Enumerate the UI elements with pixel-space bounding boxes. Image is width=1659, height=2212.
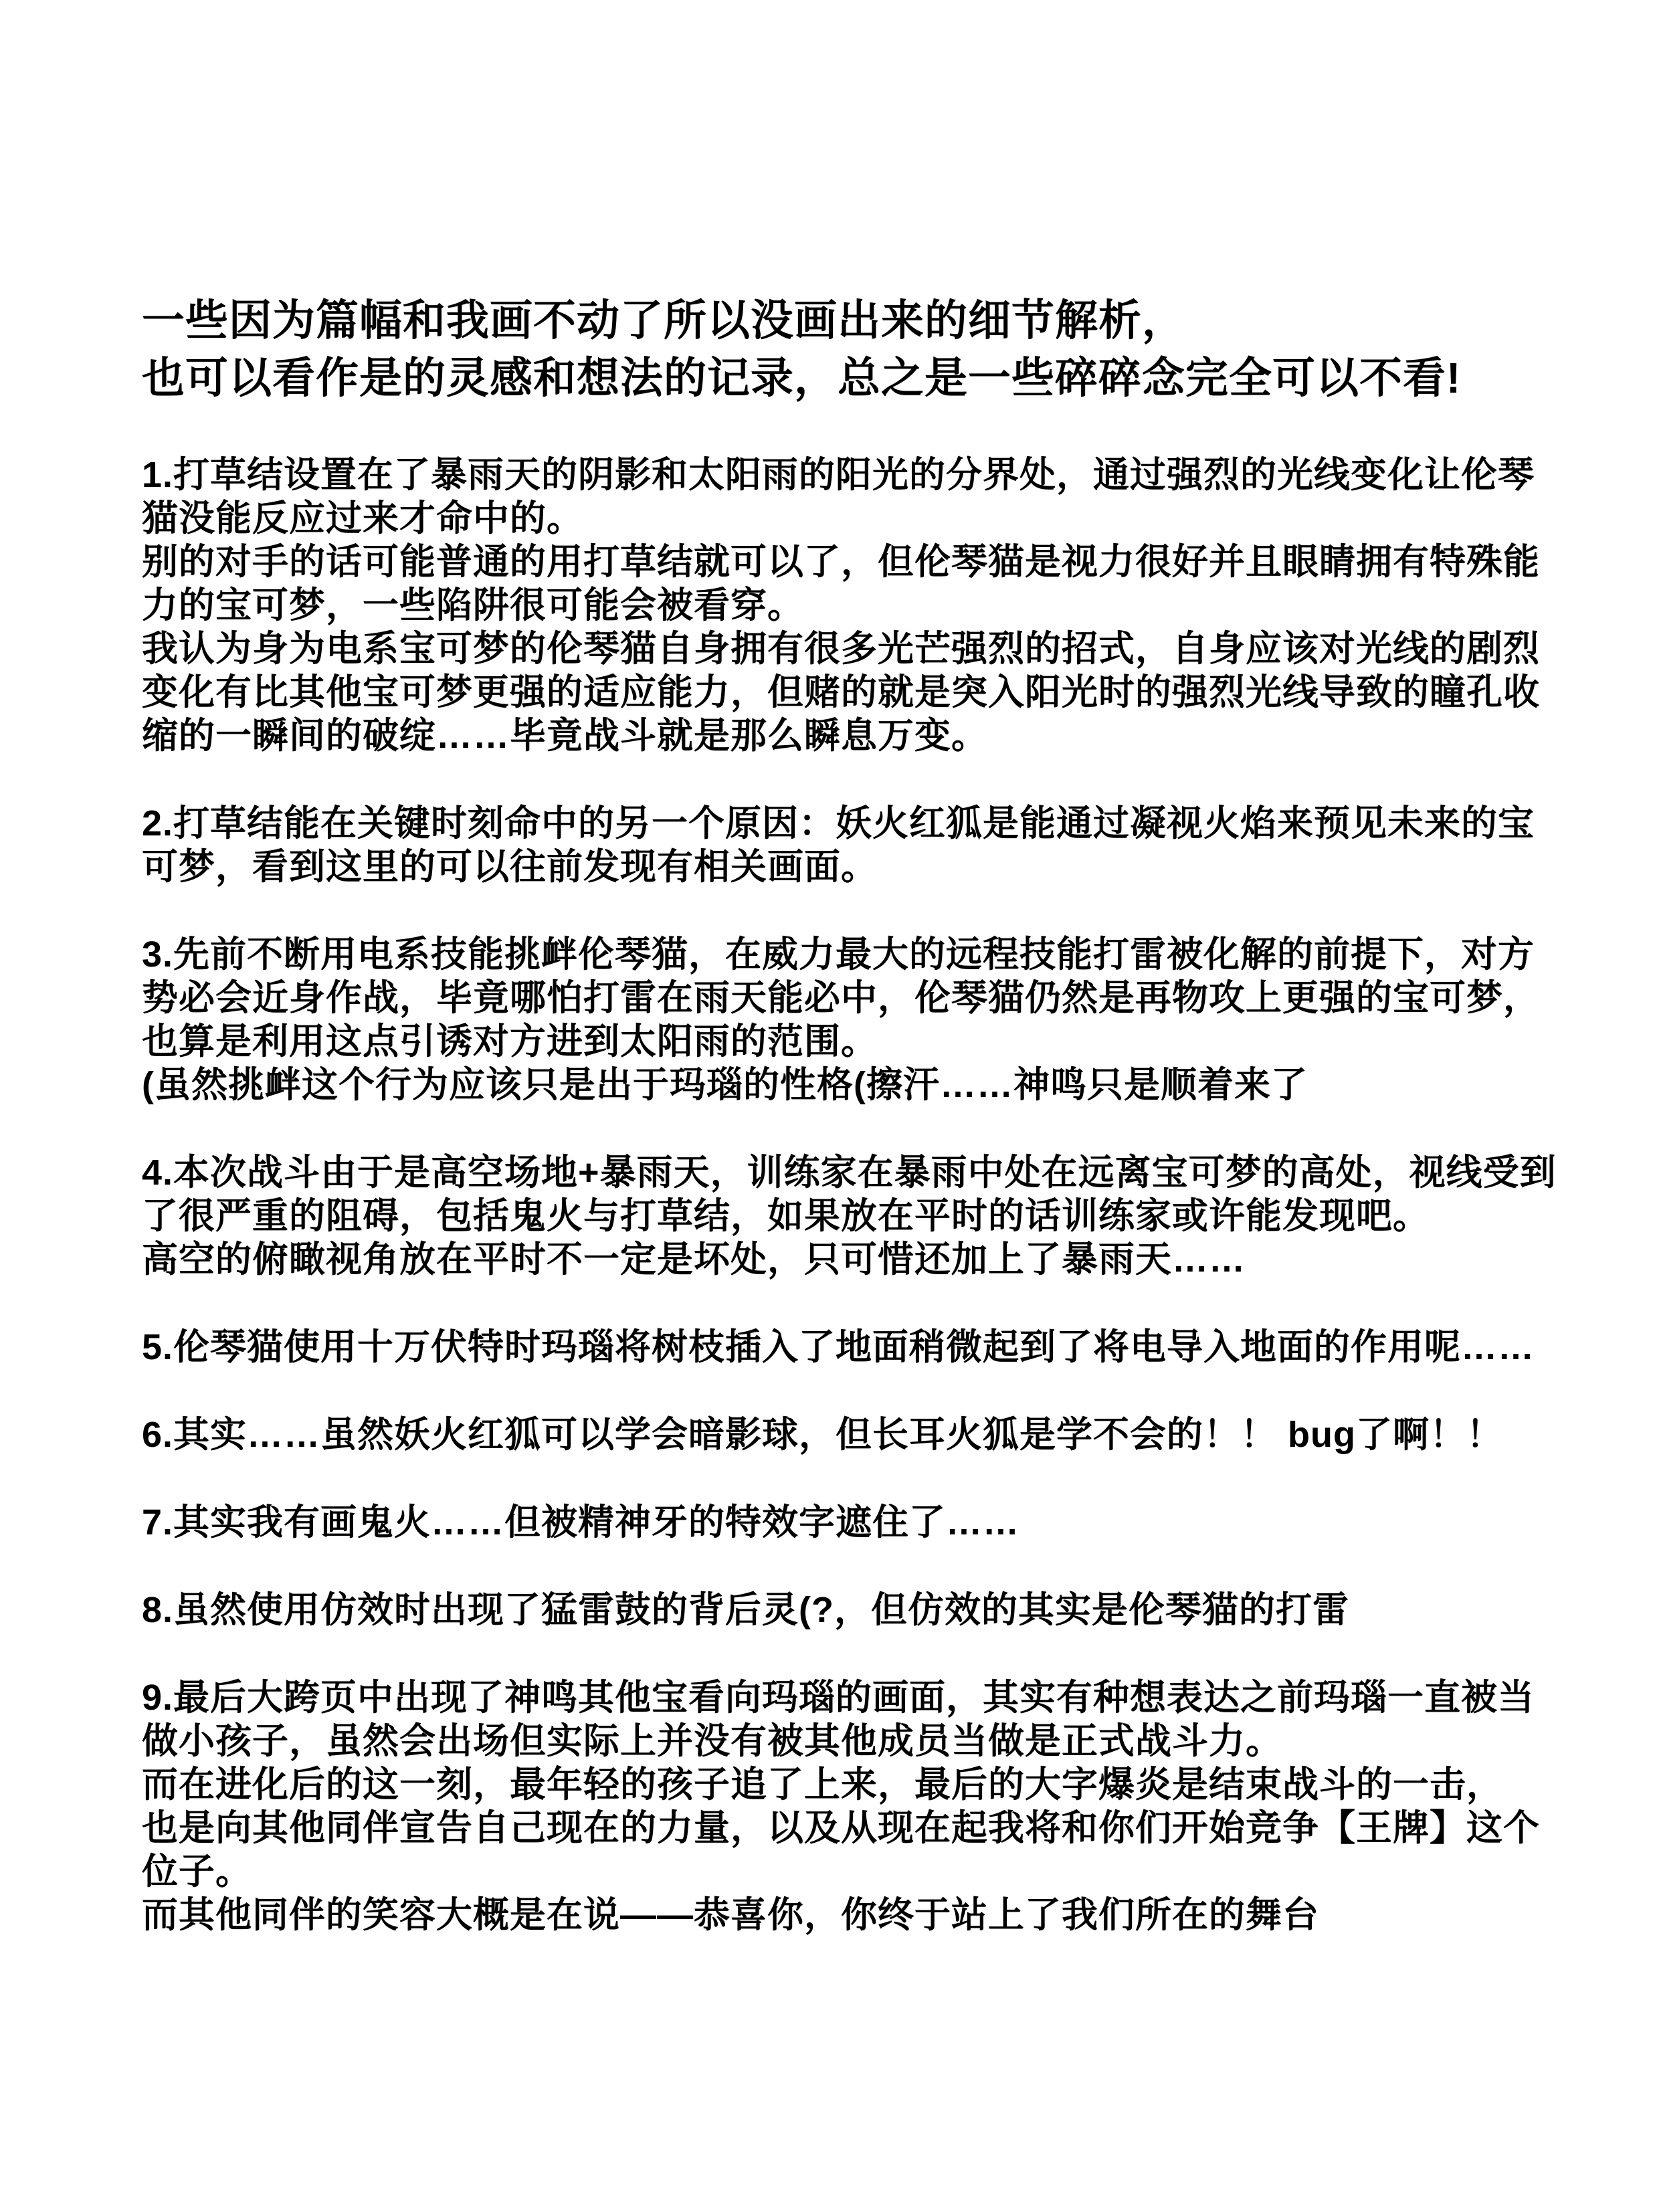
note-line: 力的宝可梦，一些陷阱很可能会被看穿。 [142, 584, 1579, 627]
note-line: 而其他同伴的笑容大概是在说——恭喜你，你终于站上了我们所在的舞台 [142, 1894, 1579, 1937]
title-line: 一些因为篇幅和我画不动了所以没画出来的细节解析， [142, 292, 1579, 349]
note-line: 了很严重的阻碍，包括鬼火与打草结，如果放在平时的话训练家或许能发现吧。 [142, 1195, 1579, 1238]
note-paragraph-9: 9.最后大跨页中出现了神鸣其他宝看向玛瑙的画面，其实有种想表达之前玛瑙一直被当 … [142, 1676, 1579, 1937]
notes-title: 一些因为篇幅和我画不动了所以没画出来的细节解析， 也可以看作是的灵感和想法的记录… [142, 292, 1579, 407]
note-line: 而在进化后的这一刻，最年轻的孩子追了上来，最后的大字爆炎是结束战斗的一击， [142, 1763, 1579, 1807]
note-line: 做小孩子，虽然会出场但实际上并没有被其他成员当做是正式战斗力。 [142, 1720, 1579, 1763]
note-line: 位子。 [142, 1850, 1579, 1894]
note-line: 7.其实我有画鬼火……但被精神牙的特效字遮住了…… [142, 1501, 1579, 1544]
note-paragraph-3: 3.先前不断用电系技能挑衅伦琴猫，在威力最大的远程技能打雷被化解的前提下，对方 … [142, 933, 1579, 1107]
page: 一些因为篇幅和我画不动了所以没画出来的细节解析， 也可以看作是的灵感和想法的记录… [0, 0, 1659, 2212]
note-paragraph-7: 7.其实我有画鬼火……但被精神牙的特效字遮住了…… [142, 1501, 1579, 1544]
note-line: 猫没能反应过来才命中的。 [142, 497, 1579, 540]
note-paragraph-8: 8.虽然使用仿效时出现了猛雷鼓的背后灵(?，但仿效的其实是伦琴猫的打雷 [142, 1589, 1579, 1632]
note-line: 6.其实……虽然妖火红狐可以学会暗影球，但长耳火狐是学不会的！！ bug了啊！！ [142, 1413, 1579, 1457]
note-line: 也算是利用这点引诱对方进到太阳雨的范围。 [142, 1020, 1579, 1064]
note-line: 别的对手的话可能普通的用打草结就可以了，但伦琴猫是视力很好并且眼睛拥有特殊能 [142, 540, 1579, 584]
note-paragraph-5: 5.伦琴猫使用十万伏特时玛瑙将树枝插入了地面稍微起到了将电导入地面的作用呢…… [142, 1326, 1579, 1369]
title-line: 也可以看作是的灵感和想法的记录，总之是一些碎碎念完全可以不看! [142, 349, 1579, 407]
note-line: 2.打草结能在关键时刻命中的另一个原因：妖火红狐是能通过凝视火焰来预见未来的宝 [142, 802, 1579, 845]
note-line: 可梦，看到这里的可以往前发现有相关画面。 [142, 845, 1579, 889]
note-line: 势必会近身作战，毕竟哪怕打雷在雨天能必中，伦琴猫仍然是再物攻上更强的宝可梦， [142, 977, 1579, 1020]
note-line: 我认为身为电系宝可梦的伦琴猫自身拥有很多光芒强烈的招式，自身应该对光线的剧烈 [142, 627, 1579, 671]
note-line: 1.打草结设置在了暴雨天的阴影和太阳雨的阳光的分界处，通过强烈的光线变化让伦琴 [142, 454, 1579, 497]
note-line: 3.先前不断用电系技能挑衅伦琴猫，在威力最大的远程技能打雷被化解的前提下，对方 [142, 933, 1579, 977]
note-line: (虽然挑衅这个行为应该只是出于玛瑙的性格(擦汗……神鸣只是顺着来了 [142, 1064, 1579, 1107]
note-line: 8.虽然使用仿效时出现了猛雷鼓的背后灵(?，但仿效的其实是伦琴猫的打雷 [142, 1589, 1579, 1632]
note-line: 缩的一瞬间的破绽……毕竟战斗就是那么瞬息万变。 [142, 714, 1579, 758]
note-line: 高空的俯瞰视角放在平时不一定是坏处，只可惜还加上了暴雨天…… [142, 1238, 1579, 1282]
note-paragraph-4: 4.本次战斗由于是高空场地+暴雨天，训练家在暴雨中处在远离宝可梦的高处，视线受到… [142, 1151, 1579, 1282]
note-paragraph-6: 6.其实……虽然妖火红狐可以学会暗影球，但长耳火狐是学不会的！！ bug了啊！！ [142, 1413, 1579, 1457]
note-line: 变化有比其他宝可梦更强的适应能力，但赌的就是突入阳光时的强烈光线导致的瞳孔收 [142, 671, 1579, 714]
note-paragraph-2: 2.打草结能在关键时刻命中的另一个原因：妖火红狐是能通过凝视火焰来预见未来的宝 … [142, 802, 1579, 889]
note-line: 5.伦琴猫使用十万伏特时玛瑙将树枝插入了地面稍微起到了将电导入地面的作用呢…… [142, 1326, 1579, 1369]
note-line: 4.本次战斗由于是高空场地+暴雨天，训练家在暴雨中处在远离宝可梦的高处，视线受到 [142, 1151, 1579, 1195]
note-paragraph-1: 1.打草结设置在了暴雨天的阴影和太阳雨的阳光的分界处，通过强烈的光线变化让伦琴 … [142, 454, 1579, 758]
note-line: 也是向其他同伴宣告自己现在的力量，以及从现在起我将和你们开始竞争【王牌】这个 [142, 1807, 1579, 1850]
note-line: 9.最后大跨页中出现了神鸣其他宝看向玛瑙的画面，其实有种想表达之前玛瑙一直被当 [142, 1676, 1579, 1720]
